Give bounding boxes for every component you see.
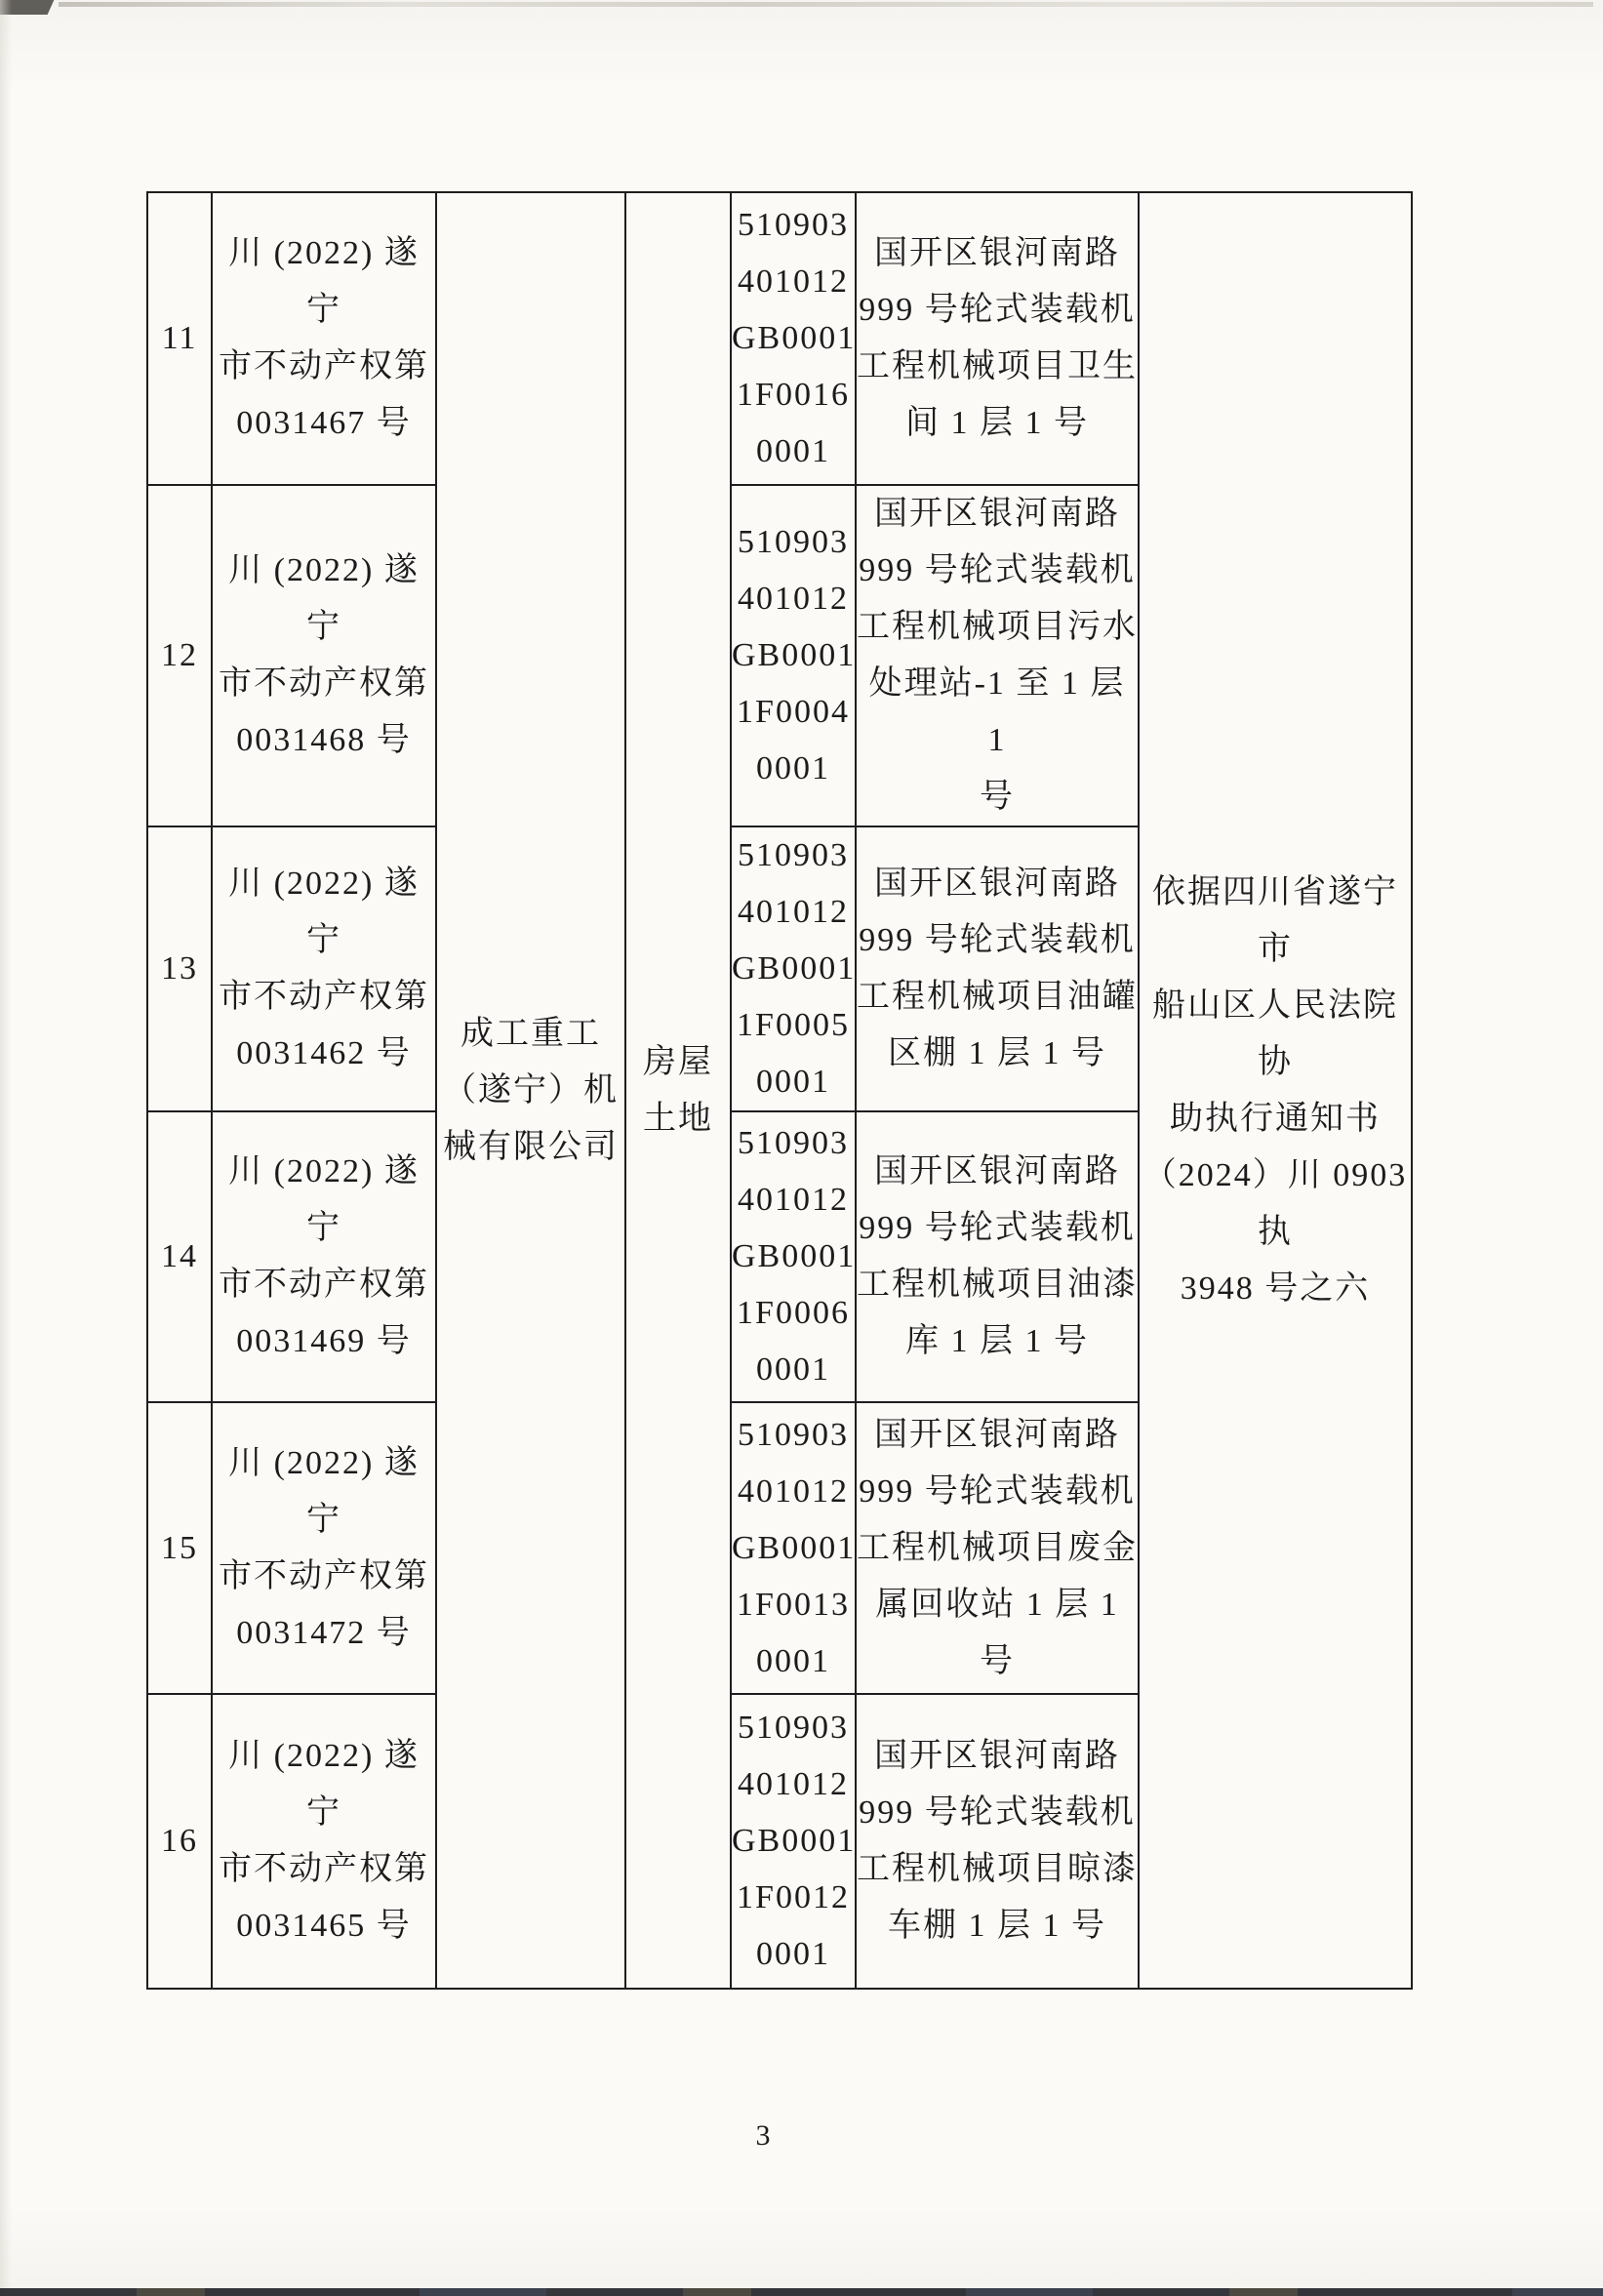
document-page: 11 川 (2022) 遂宁 市不动产权第 0031467 号 成工重工 （遂宁… [0, 0, 1603, 2296]
legal-basis: 依据四川省遂宁市 船山区人民法院协 助执行通知书 （2024）川 0903 执 … [1139, 192, 1412, 1989]
cert-number: 川 (2022) 遂宁 市不动产权第 0031469 号 [212, 1111, 436, 1402]
row-number: 11 [147, 192, 212, 485]
property-asset-table: 11 川 (2022) 遂宁 市不动产权第 0031467 号 成工重工 （遂宁… [146, 191, 1413, 1990]
row-number: 15 [147, 1402, 212, 1694]
unit-code: 510903 401012 GB0001 1F0005 0001 [731, 826, 856, 1111]
cert-number: 川 (2022) 遂宁 市不动产权第 0031472 号 [212, 1402, 436, 1694]
page-number: 3 [704, 2119, 822, 2153]
cert-number: 川 (2022) 遂宁 市不动产权第 0031462 号 [212, 826, 436, 1111]
cert-number: 川 (2022) 遂宁 市不动产权第 0031465 号 [212, 1694, 436, 1989]
property-location: 国开区银河南路 999 号轮式装载机 工程机械项目废金 属回收站 1 层 1 号 [856, 1402, 1139, 1694]
row-number: 16 [147, 1694, 212, 1989]
property-location: 国开区银河南路 999 号轮式装载机 工程机械项目油漆 库 1 层 1 号 [856, 1111, 1139, 1402]
owner-name: 成工重工 （遂宁）机 械有限公司 [436, 192, 625, 1989]
property-location: 国开区银河南路 999 号轮式装载机 工程机械项目污水 处理站-1 至 1 层 … [856, 485, 1139, 826]
scan-artifact-left-edge [0, 0, 12, 2296]
property-location: 国开区银河南路 999 号轮式装载机 工程机械项目卫生 间 1 层 1 号 [856, 192, 1139, 485]
cert-number: 川 (2022) 遂宁 市不动产权第 0031468 号 [212, 485, 436, 826]
unit-code: 510903 401012 GB0001 1F0012 0001 [731, 1694, 856, 1989]
unit-code: 510903 401012 GB0001 1F0013 0001 [731, 1402, 856, 1694]
property-location: 国开区银河南路 999 号轮式装载机 工程机械项目油罐 区棚 1 层 1 号 [856, 826, 1139, 1111]
unit-code: 510903 401012 GB0001 1F0004 0001 [731, 485, 856, 826]
row-number: 12 [147, 485, 212, 826]
property-location: 国开区银河南路 999 号轮式装载机 工程机械项目晾漆 车棚 1 层 1 号 [856, 1694, 1139, 1989]
table-row: 11 川 (2022) 遂宁 市不动产权第 0031467 号 成工重工 （遂宁… [147, 192, 1412, 485]
unit-code: 510903 401012 GB0001 1F0016 0001 [731, 192, 856, 485]
scan-artifact-bottom-edge [0, 2288, 1603, 2296]
unit-code: 510903 401012 GB0001 1F0006 0001 [731, 1111, 856, 1402]
row-number: 14 [147, 1111, 212, 1402]
scan-artifact-top-edge [59, 2, 1593, 7]
row-number: 13 [147, 826, 212, 1111]
cert-number: 川 (2022) 遂宁 市不动产权第 0031467 号 [212, 192, 436, 485]
asset-type: 房屋 土地 [625, 192, 731, 1989]
